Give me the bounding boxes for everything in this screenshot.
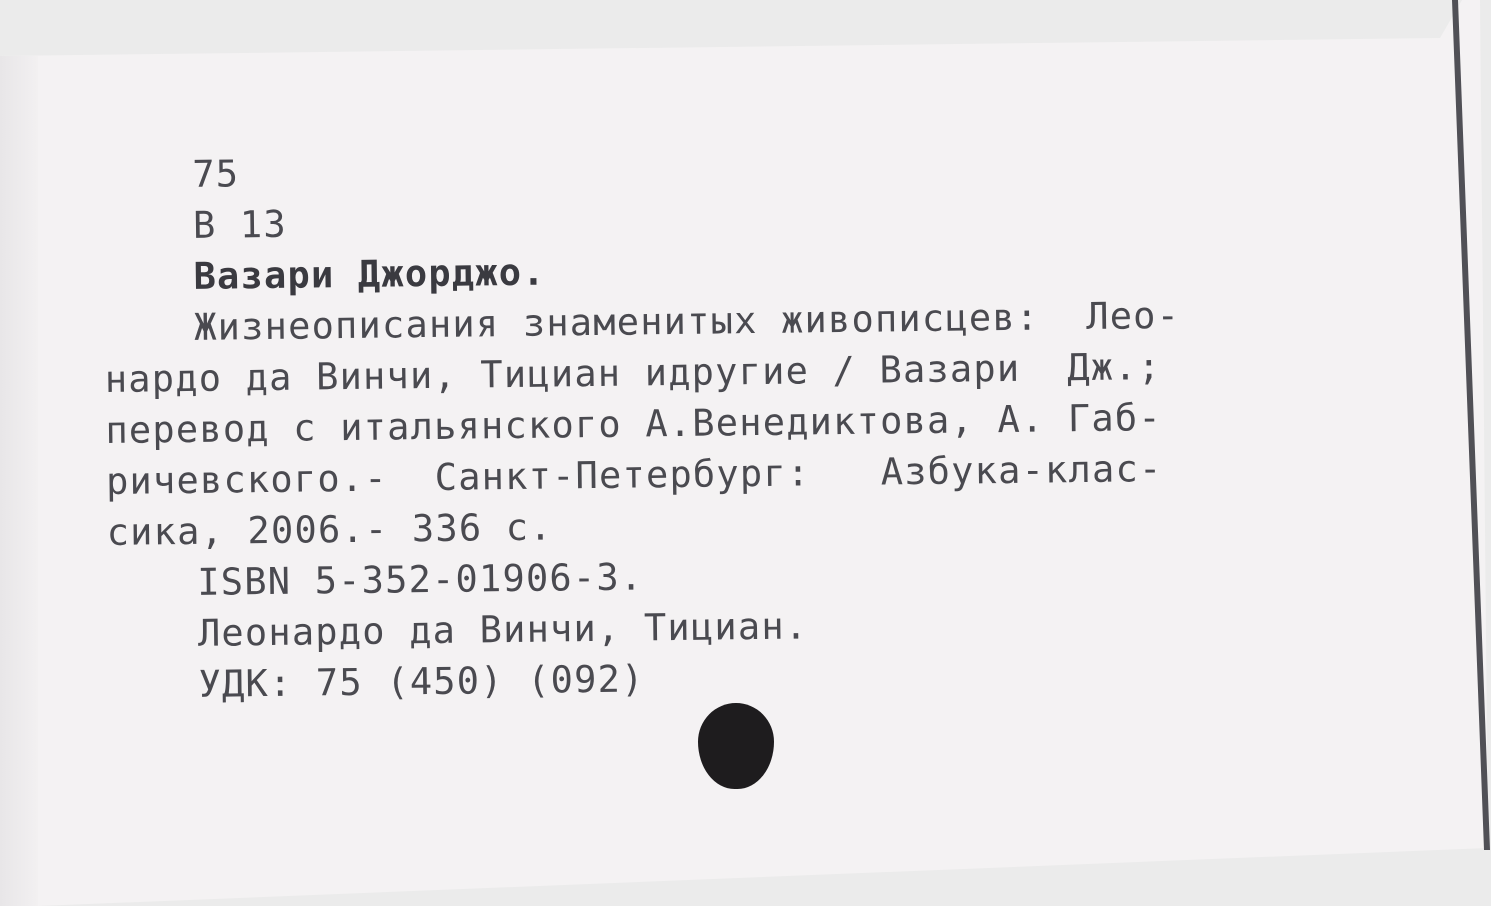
card-text: 75 В 13 Вазари Джорджо. Жизнеописания зн…: [102, 134, 1459, 711]
scanned-catalog-card: 75 В 13 Вазари Джорджо. Жизнеописания зн…: [0, 0, 1491, 906]
card-shadow: [0, 56, 38, 906]
